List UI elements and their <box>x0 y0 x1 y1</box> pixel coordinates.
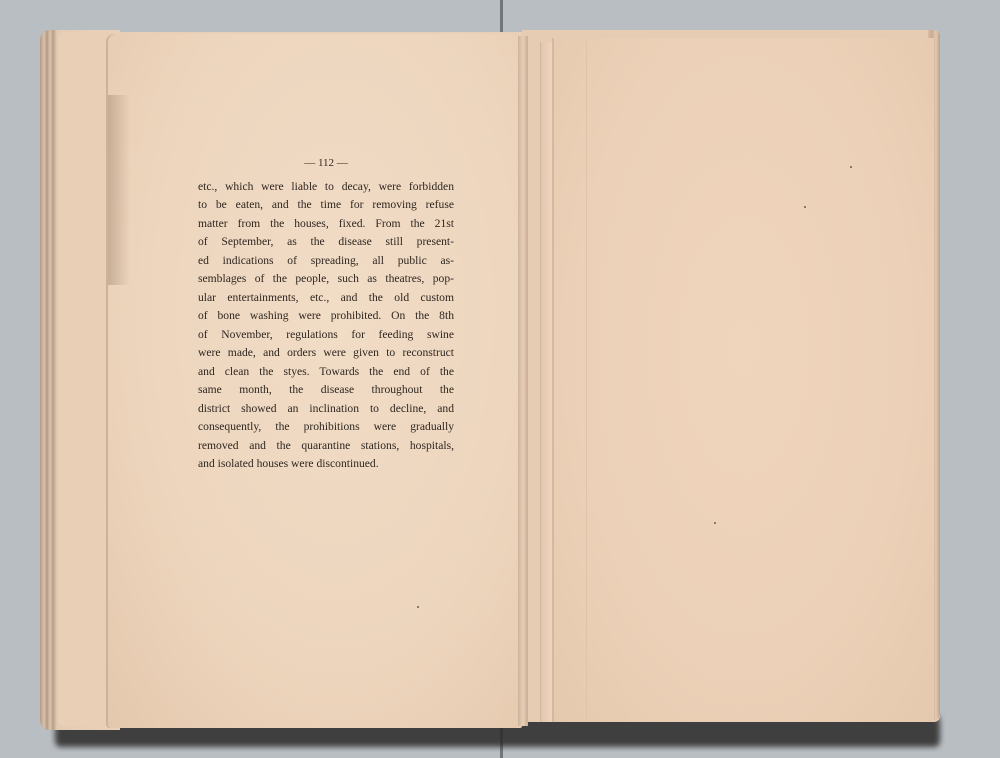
text-line: and clean the styes. Towards the end of … <box>198 363 454 382</box>
left-page-text: — 112 — etc., which were liable to decay… <box>198 154 454 474</box>
book-gutter <box>518 36 528 726</box>
text-line: consequently, the prohibitions were grad… <box>198 418 454 437</box>
paper-speck <box>804 206 806 208</box>
text-line: removed and the quarantine stations, hos… <box>198 437 454 456</box>
text-line: matter from the houses, fixed. From the … <box>198 215 454 234</box>
text-line: ed indications of spreading, all public … <box>198 252 454 271</box>
text-line: of November, regulations for feeding swi… <box>198 326 454 345</box>
paper-speck <box>417 606 419 608</box>
text-line: to be eaten, and the time for removing r… <box>198 196 454 215</box>
text-line: were made, and orders were given to reco… <box>198 344 454 363</box>
text-line: same month, the disease throughout the <box>198 381 454 400</box>
right-page <box>552 38 934 722</box>
right-page-rule <box>586 40 587 720</box>
text-line: etc., which were liable to decay, were f… <box>198 178 454 197</box>
paper-speck <box>850 166 852 168</box>
page-number: — 112 — <box>198 154 454 173</box>
text-line: and isolated houses were discontinued. <box>198 455 454 474</box>
water-stain <box>108 95 130 285</box>
text-line: of September, as the disease still prese… <box>198 233 454 252</box>
text-line: semblages of the people, such as theatre… <box>198 270 454 289</box>
text-line: of bone washing were prohibited. On the … <box>198 307 454 326</box>
paper-speck <box>714 522 716 524</box>
text-line: district showed an inclination to declin… <box>198 400 454 419</box>
text-line: ular entertainments, etc., and the old c… <box>198 289 454 308</box>
